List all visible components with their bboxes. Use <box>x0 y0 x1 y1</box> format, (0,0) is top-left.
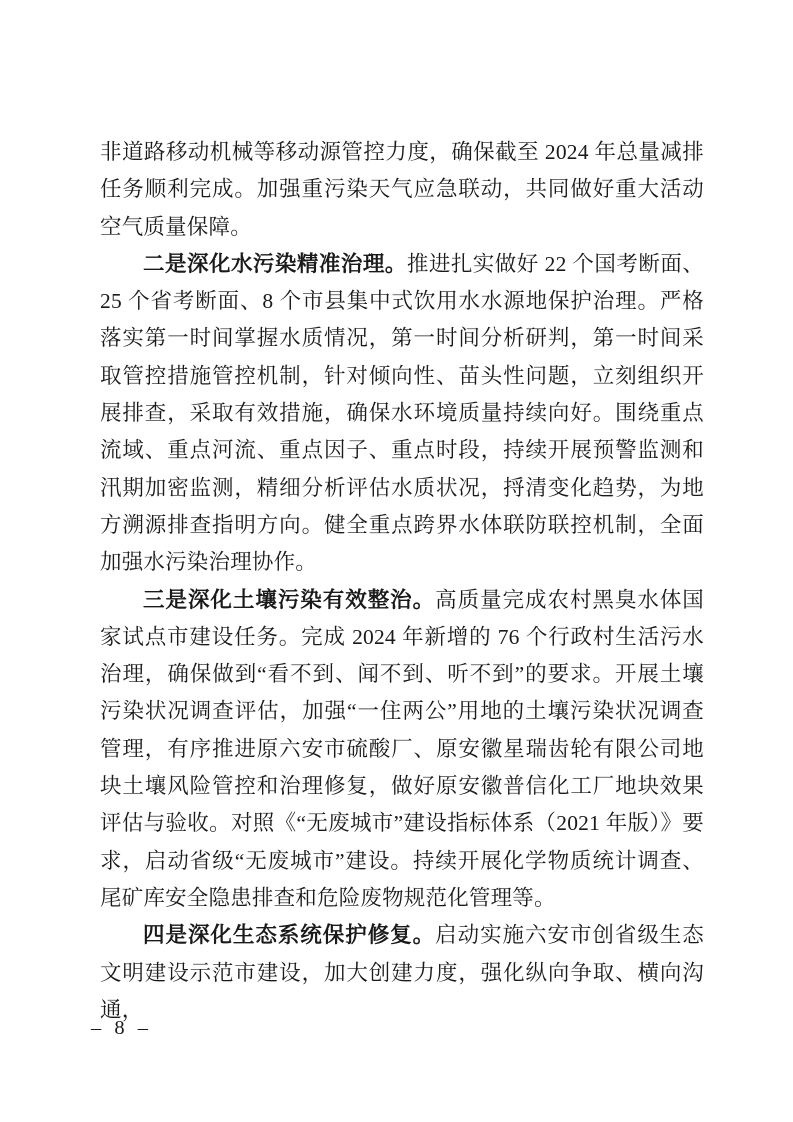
paragraph-text: 非道路移动机械等移动源管控力度，确保截至 2024 年总量减排任务顺利完成。加强… <box>100 140 704 239</box>
page-number: – 8 – <box>91 1014 152 1042</box>
document-body: 非道路移动机械等移动源管控力度，确保截至 2024 年总量减排任务顺利完成。加强… <box>100 134 704 1029</box>
paragraph-lead: 四是深化生态系统保护修复。 <box>143 923 435 947</box>
document-page: 非道路移动机械等移动源管控力度，确保截至 2024 年总量减排任务顺利完成。加强… <box>0 0 793 1122</box>
paragraph-text: 高质量完成农村黑臭水体国家试点市建设任务。完成 2024 年新增的 76 个行政… <box>100 588 704 910</box>
paragraph-continuation: 非道路移动机械等移动源管控力度，确保截至 2024 年总量减排任务顺利完成。加强… <box>100 134 704 246</box>
paragraph-water-pollution: 二是深化水污染精准治理。推进扎实做好 22 个国考断面、25 个省考断面、8 个… <box>100 246 704 582</box>
paragraph-lead: 三是深化土壤污染有效整治。 <box>143 588 435 612</box>
paragraph-lead: 二是深化水污染精准治理。 <box>143 252 407 276</box>
paragraph-ecosystem-protection: 四是深化生态系统保护修复。启动实施六安市创省级生态文明建设示范市建设，加大创建力… <box>100 917 704 1029</box>
paragraph-text: 推进扎实做好 22 个国考断面、25 个省考断面、8 个市县集中式饮用水水源地保… <box>100 252 704 574</box>
paragraph-soil-pollution: 三是深化土壤污染有效整治。高质量完成农村黑臭水体国家试点市建设任务。完成 202… <box>100 582 704 918</box>
